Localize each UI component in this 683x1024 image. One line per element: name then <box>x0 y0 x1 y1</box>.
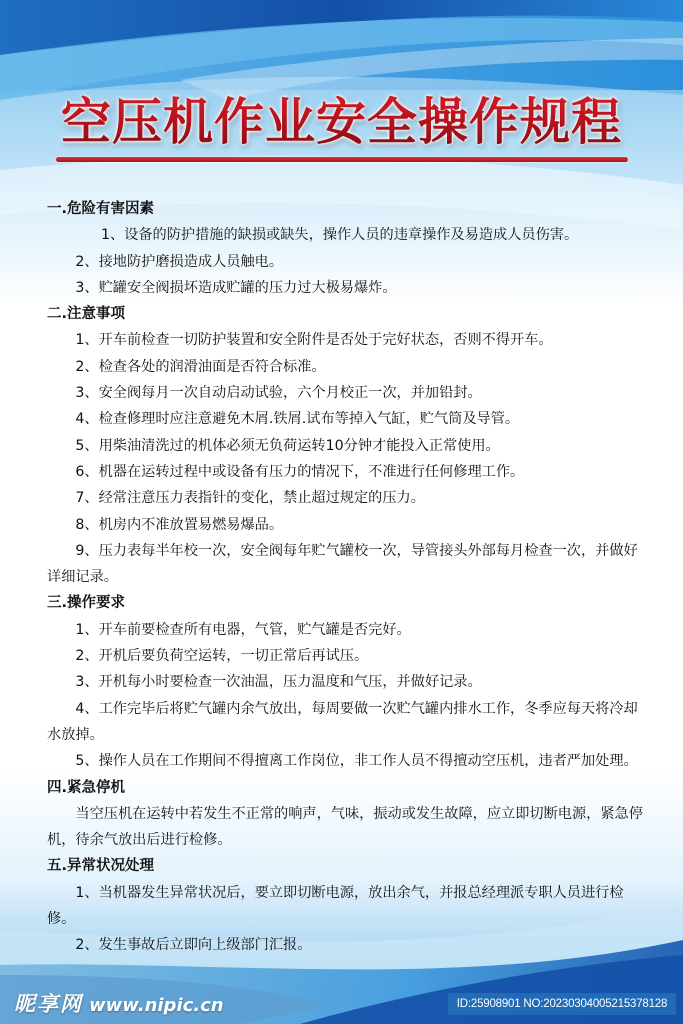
watermark-url: www.nipic.cn <box>89 995 224 1016</box>
precaution-item-8: 8、机房内不准放置易燃易爆品。 <box>47 512 647 538</box>
title-underline <box>56 157 628 162</box>
watermark-brand: 昵享网 <box>14 992 83 1016</box>
precaution-item-4: 4、检查修理时应注意避免木屑.铁屑.试布等掉入气缸，贮气筒及导管。 <box>47 406 647 432</box>
operation-item-1: 1、开车前要检查所有电器，气管，贮气罐是否完好。 <box>47 617 647 643</box>
poster-title: 空压机作业安全操作规程 <box>0 82 683 154</box>
abnormal-item-1: 1、当机器发生异常状况后，要立即切断电源，放出余气，并报总经理派专职人员进行检修… <box>47 880 647 933</box>
precaution-item-3: 3、安全阀每月一次自动启动试验，六个月校正一次，并加铅封。 <box>47 380 647 406</box>
image-id-label: ID:25908901 NO:20230304005215378128 <box>448 993 676 1015</box>
abnormal-item-2: 2、发生事故后立即向上级部门汇报。 <box>47 932 647 958</box>
precaution-item-2: 2、检查各处的润滑油面是否符合标准。 <box>47 354 647 380</box>
section-heading-hazards: 一.危险有害因素 <box>47 196 647 222</box>
operation-item-4: 4、工作完毕后将贮气罐内余气放出，每周要做一次贮气罐内排水工作，冬季应每天将冷却… <box>47 696 647 749</box>
emergency-stop-text: 当空压机在运转中若发生不正常的响声，气味，振动或发生故障，应立即切断电源，紧急停… <box>47 801 647 854</box>
hazard-item-3: 3、贮罐安全阀损坏造成贮罐的压力过大极易爆炸。 <box>47 275 647 301</box>
hazard-item-1: 1、设备的防护措施的缺损或缺失，操作人员的违章操作及易造成人员伤害。 <box>47 222 647 248</box>
section-heading-emergency-stop: 四.紧急停机 <box>47 775 647 801</box>
operation-item-5: 5、操作人员在工作期间不得擅离工作岗位，非工作人员不得擅动空压机，违者严加处理。 <box>47 748 647 774</box>
precaution-item-7: 7、经常注意压力表指针的变化，禁止超过规定的压力。 <box>47 485 647 511</box>
watermark-logo: 昵享网www.nipic.cn <box>14 988 224 1018</box>
hazard-item-2: 2、接地防护磨损造成人员触电。 <box>47 249 647 275</box>
precaution-item-9: 9、压力表每半年校一次，安全阀每年贮气罐校一次，导管接头外部每月检查一次，并做好… <box>47 538 647 591</box>
operation-item-2: 2、开机后要负荷空运转，一切正常后再试压。 <box>47 643 647 669</box>
section-heading-precautions: 二.注意事项 <box>47 301 647 327</box>
operation-item-3: 3、开机每小时要检查一次油温，压力温度和气压，并做好记录。 <box>47 669 647 695</box>
section-heading-operation: 三.操作要求 <box>47 590 647 616</box>
precaution-item-5: 5、用柴油清洗过的机体必须无负荷运转10分钟才能投入正常使用。 <box>47 433 647 459</box>
rules-content: 一.危险有害因素 1、设备的防护措施的缺损或缺失，操作人员的违章操作及易造成人员… <box>47 196 647 959</box>
section-heading-abnormal: 五.异常状况处理 <box>47 853 647 879</box>
precaution-item-1: 1、开车前检查一切防护装置和安全附件是否处于完好状态，否则不得开车。 <box>47 327 647 353</box>
safety-rules-poster: 空压机作业安全操作规程 一.危险有害因素 1、设备的防护措施的缺损或缺失，操作人… <box>0 0 683 1024</box>
precaution-item-6: 6、机器在运转过程中或设备有压力的情况下，不准进行任何修理工作。 <box>47 459 647 485</box>
